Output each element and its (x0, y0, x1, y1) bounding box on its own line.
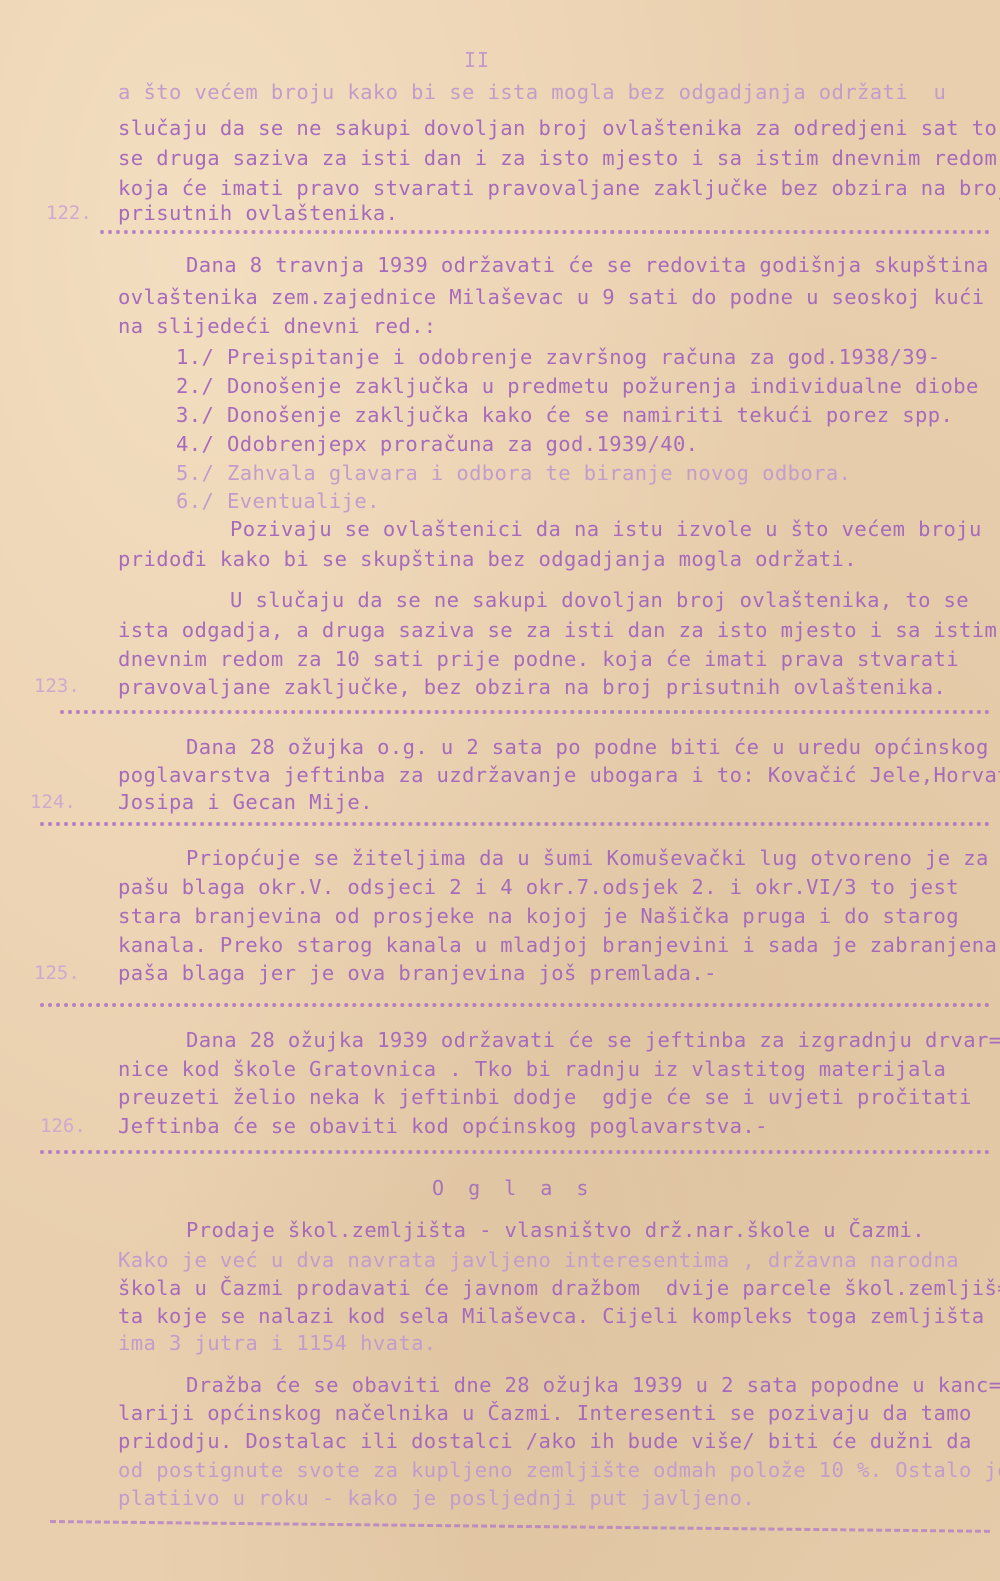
divider-rule (60, 710, 990, 714)
divider-rule (40, 822, 990, 826)
notice-line: od postignute svote za kupljeno zemljišt… (118, 1460, 1000, 1481)
entry-line: kanala. Preko starog kanala u mladjoj br… (118, 935, 997, 956)
entry-line: prisutnih ovlaštenika. (118, 203, 398, 224)
notice-heading: O g l a s (432, 1176, 594, 1200)
entry-line: Dana 28 ožujka o.g. u 2 sata po podne bi… (186, 737, 989, 758)
agenda-item: 3./ Donošenje zaključka kako će se namir… (176, 405, 953, 426)
notice-line: ta koje se nalazi kod sela Milaševca. Ci… (118, 1306, 984, 1327)
agenda-item: 2./ Donošenje zaključka u predmetu požur… (176, 376, 979, 397)
agenda-item: 1./ Preispitanje i odobrenje završnog ra… (176, 347, 941, 368)
notice-line: škola u Čazmi prodavati će javnom dražbo… (118, 1278, 1000, 1299)
notice-line: Dražba će se obaviti dne 28 ožujka 1939 … (186, 1375, 1000, 1396)
divider-rule (40, 1003, 990, 1007)
agenda-item: 4./ Odobrenjepx proračuna za god.1939/40… (176, 434, 698, 455)
entry-line: a što većem broju kako bi se ista mogla … (118, 82, 946, 103)
divider-rule (40, 1150, 990, 1154)
entry-line: nice kod škole Gratovnica . Tko bi radnj… (118, 1059, 946, 1080)
entry-line: poglavarstva jeftinba za uzdržavanje ubo… (118, 765, 1000, 786)
entry-line: pridođi kako bi se skupština bez odgadja… (118, 549, 857, 570)
entry-line: preuzeti želio neka k jeftinbi dodje gdj… (118, 1087, 972, 1108)
notice-line: pridodju. Dostalac ili dostalci /ako ih … (118, 1431, 972, 1452)
entry-line: ista odgadja, a druga saziva se za isti … (118, 620, 997, 641)
agenda-item: 5./ Zahvala glavara i odbora te biranje … (176, 463, 851, 484)
notice-subtitle: Prodaje škol.zemljišta - vlasništvo drž.… (186, 1220, 925, 1241)
entry-line: Priopćuje se žiteljima da u šumi Komušev… (186, 848, 989, 869)
agenda-item: 6./ Eventualije. (176, 491, 380, 512)
notice-line: lariji općinskog načelnika u Čazmi. Inte… (118, 1403, 972, 1424)
entry-line: stara branjevina od prosjeke na kojoj je… (118, 906, 959, 927)
entry-line: Josipa i Gecan Mije. (118, 792, 373, 813)
notice-line: Kako je već u dva navrata javljeno inter… (118, 1250, 959, 1271)
entry-line: se druga saziva za isti dan i za isto mj… (118, 148, 997, 169)
entry-line: paša blaga jer je ova branjevina još pre… (118, 963, 717, 984)
entry-line: pravovaljane zaključke, bez obzira na br… (118, 677, 946, 698)
entry-line: koja će imati pravo stvarati pravovaljan… (118, 178, 1000, 199)
entry-number: 125. (34, 962, 80, 984)
entry-line: ovlaštenika zem.zajednice Milaševac u 9 … (118, 287, 984, 308)
entry-line: slučaju da se ne sakupi dovoljan broj ov… (118, 118, 997, 139)
entry-number: 126. (40, 1115, 86, 1137)
entry-number: 124. (30, 791, 76, 813)
entry-number: 122. (46, 202, 92, 224)
notice-line: ima 3 jutra i 1154 hvata. (118, 1333, 437, 1354)
entry-line: U slučaju da se ne sakupi dovoljan broj … (230, 590, 969, 611)
divider-rule (100, 230, 990, 234)
page-number: II (464, 48, 490, 72)
typewritten-page: II a što većem broju kako bi se ista mog… (0, 0, 1000, 1581)
entry-line: pašu blaga okr.V. odsjeci 2 i 4 okr.7.od… (118, 877, 959, 898)
entry-line: na slijedeći dnevni red.: (118, 316, 437, 337)
entry-line: Dana 8 travnja 1939 održavati će se redo… (186, 255, 989, 276)
entry-line: Dana 28 ožujka 1939 održavati će se jeft… (186, 1030, 1000, 1051)
entry-line: dnevnim redom za 10 sati prije podne. ko… (118, 649, 959, 670)
notice-line: platiivo u roku - kako je posljednji put… (118, 1488, 755, 1509)
entry-number: 123. (34, 675, 80, 697)
entry-line: Jeftinba će se obaviti kod općinskog pog… (118, 1116, 768, 1137)
divider-rule (50, 1520, 990, 1533)
entry-line: Pozivaju se ovlaštenici da na istu izvol… (230, 519, 982, 540)
